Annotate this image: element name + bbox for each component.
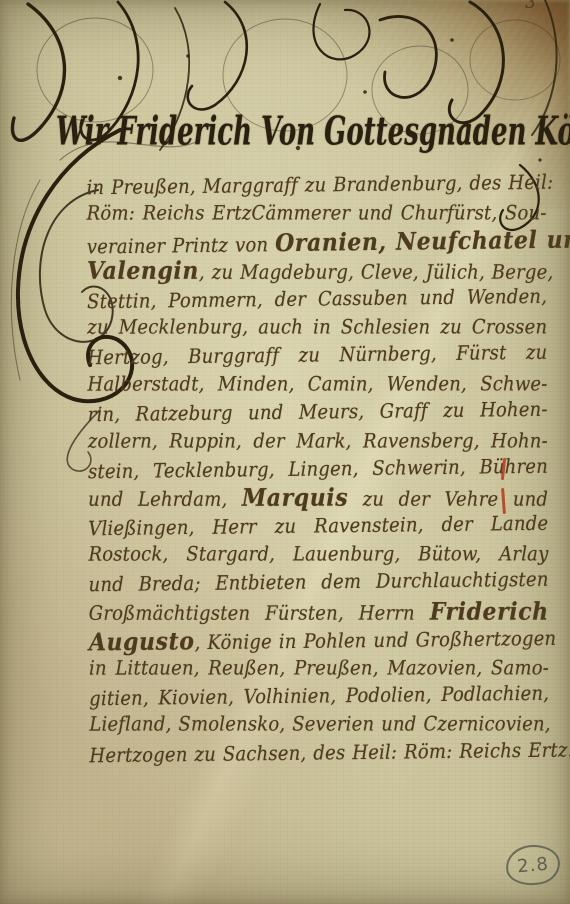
page-number: 3	[525, 0, 536, 13]
manuscript-page: Wir Friderich Von Gottesgnaden König in …	[0, 0, 570, 904]
red-ink-mark	[500, 458, 508, 516]
manuscript-line: Hertzogen zu Sachsen, des Heil: Röm: Rei…	[89, 736, 549, 773]
document-heading: Wir Friderich Von Gottesgnaden König	[56, 110, 548, 176]
document-body: in Preußen, Marggraff zu Brandenburg, de…	[86, 171, 549, 770]
inventory-number-text: 2.8	[516, 853, 549, 877]
